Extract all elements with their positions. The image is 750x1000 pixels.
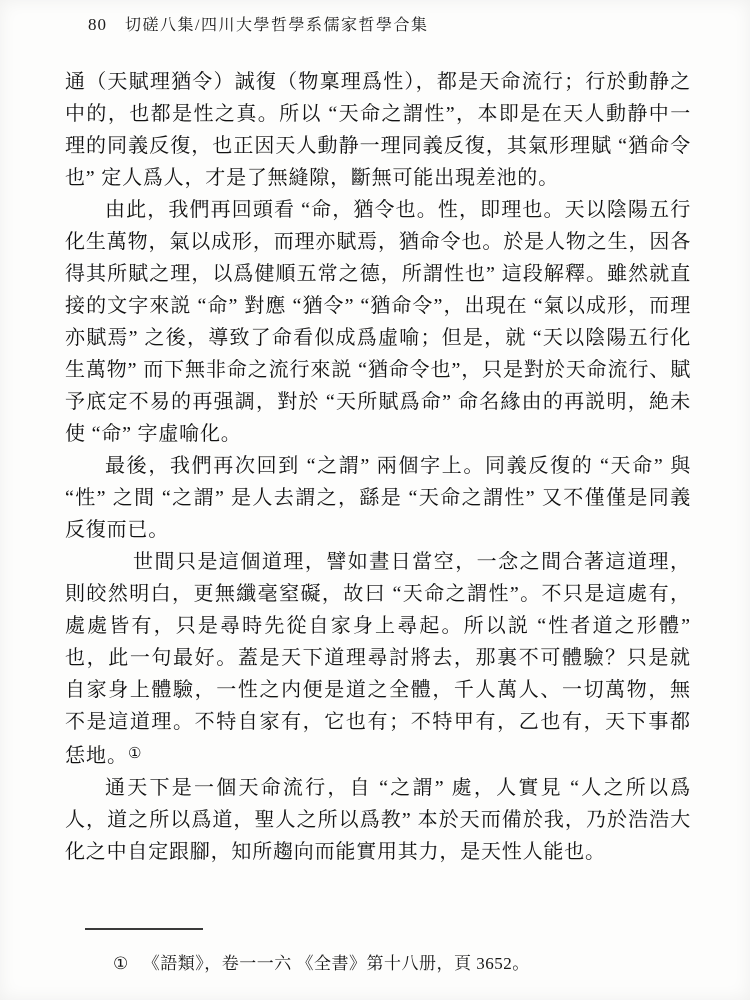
book-page: 80 切磋八集/四川大學哲學系儒家哲學合集 通（天賦理猶令）誠復（物稟理爲性），… <box>0 0 750 1000</box>
paragraph: 由此，我們再回頭看 “命，猶令也。性，即理也。天以陰陽五行化生萬物，氣以成形，而… <box>65 194 691 450</box>
paragraph: 通（天賦理猶令）誠復（物稟理爲性），都是天命流行；行於動静之中的，也都是性之真。… <box>65 66 691 194</box>
footnote-text: 《語類》，卷一一六 《全書》第十八册，頁 3652。 <box>143 951 530 977</box>
page-number: 80 <box>88 15 107 35</box>
block-quote: 世間只是這個道理，譬如晝日當空，一念之間合著這道理，則皎然明白，更無纖毫窒礙，故… <box>65 546 691 772</box>
block-quote-text: 世間只是這個道理，譬如晝日當空，一念之間合著這道理，則皎然明白，更無纖毫窒礙，故… <box>65 551 691 767</box>
footnote-divider <box>85 928 203 930</box>
paragraph: 最後，我們再次回到 “之謂” 兩個字上。同義反復的 “天命” 與 “性” 之間 … <box>65 450 691 546</box>
book-title: 切磋八集/四川大學哲學系儒家哲學合集 <box>125 12 428 35</box>
text-column: 通（天賦理猶令）誠復（物稟理爲性），都是天命流行；行於動静之中的，也都是性之真。… <box>65 66 691 868</box>
footnote-marker: ① <box>113 951 129 977</box>
running-head: 80 切磋八集/四川大學哲學系儒家哲學合集 <box>88 12 428 35</box>
footnote-reference: ① <box>128 746 141 762</box>
paragraph: 通天下是一個天命流行，自 “之謂” 處，人實見 “人之所以爲人，道之所以爲道，聖… <box>65 772 691 868</box>
footnote: ① 《語類》，卷一一六 《全書》第十八册，頁 3652。 <box>113 951 673 977</box>
